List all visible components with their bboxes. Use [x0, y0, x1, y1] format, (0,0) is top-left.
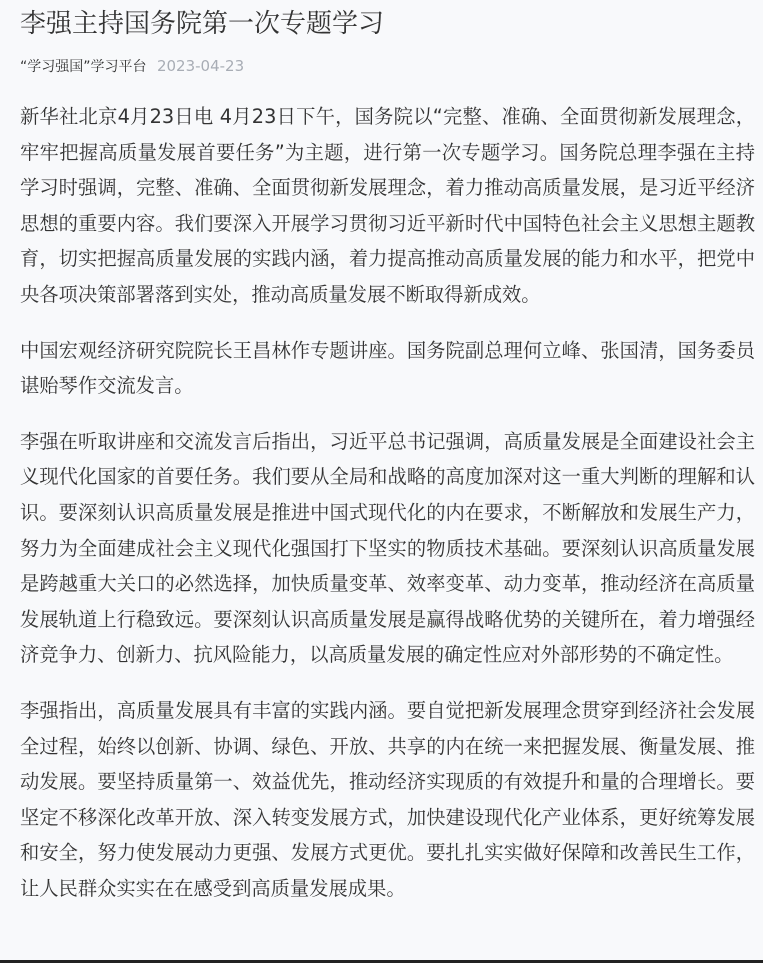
article-paragraph: 李强在听取讲座和交流发言后指出，习近平总书记强调，高质量发展是全面建设社会主义现… — [20, 424, 755, 673]
article-meta: “学习强国”学习平台 2023-04-23 — [20, 56, 755, 77]
article-title: 李强主持国务院第一次专题学习 — [20, 0, 755, 42]
article-paragraph: 李强指出，高质量发展具有丰富的实践内涵。要自觉把新发展理念贯穿到经济社会发展全过… — [20, 693, 755, 907]
article: 李强主持国务院第一次专题学习 “学习强国”学习平台 2023-04-23 新华社… — [20, 0, 755, 926]
article-source[interactable]: “学习强国”学习平台 — [20, 59, 147, 75]
article-paragraph: 新华社北京4月23日电 4月23日下午，国务院以“完整、准确、全面贯彻新发展理念… — [20, 99, 755, 313]
article-paragraph: 中国宏观经济研究院院长王昌林作专题讲座。国务院副总理何立峰、张国清，国务委员谌贻… — [20, 333, 755, 404]
publish-date: 2023-04-23 — [157, 57, 244, 75]
article-body: 新华社北京4月23日电 4月23日下午，国务院以“完整、准确、全面贯彻新发展理念… — [20, 99, 755, 906]
